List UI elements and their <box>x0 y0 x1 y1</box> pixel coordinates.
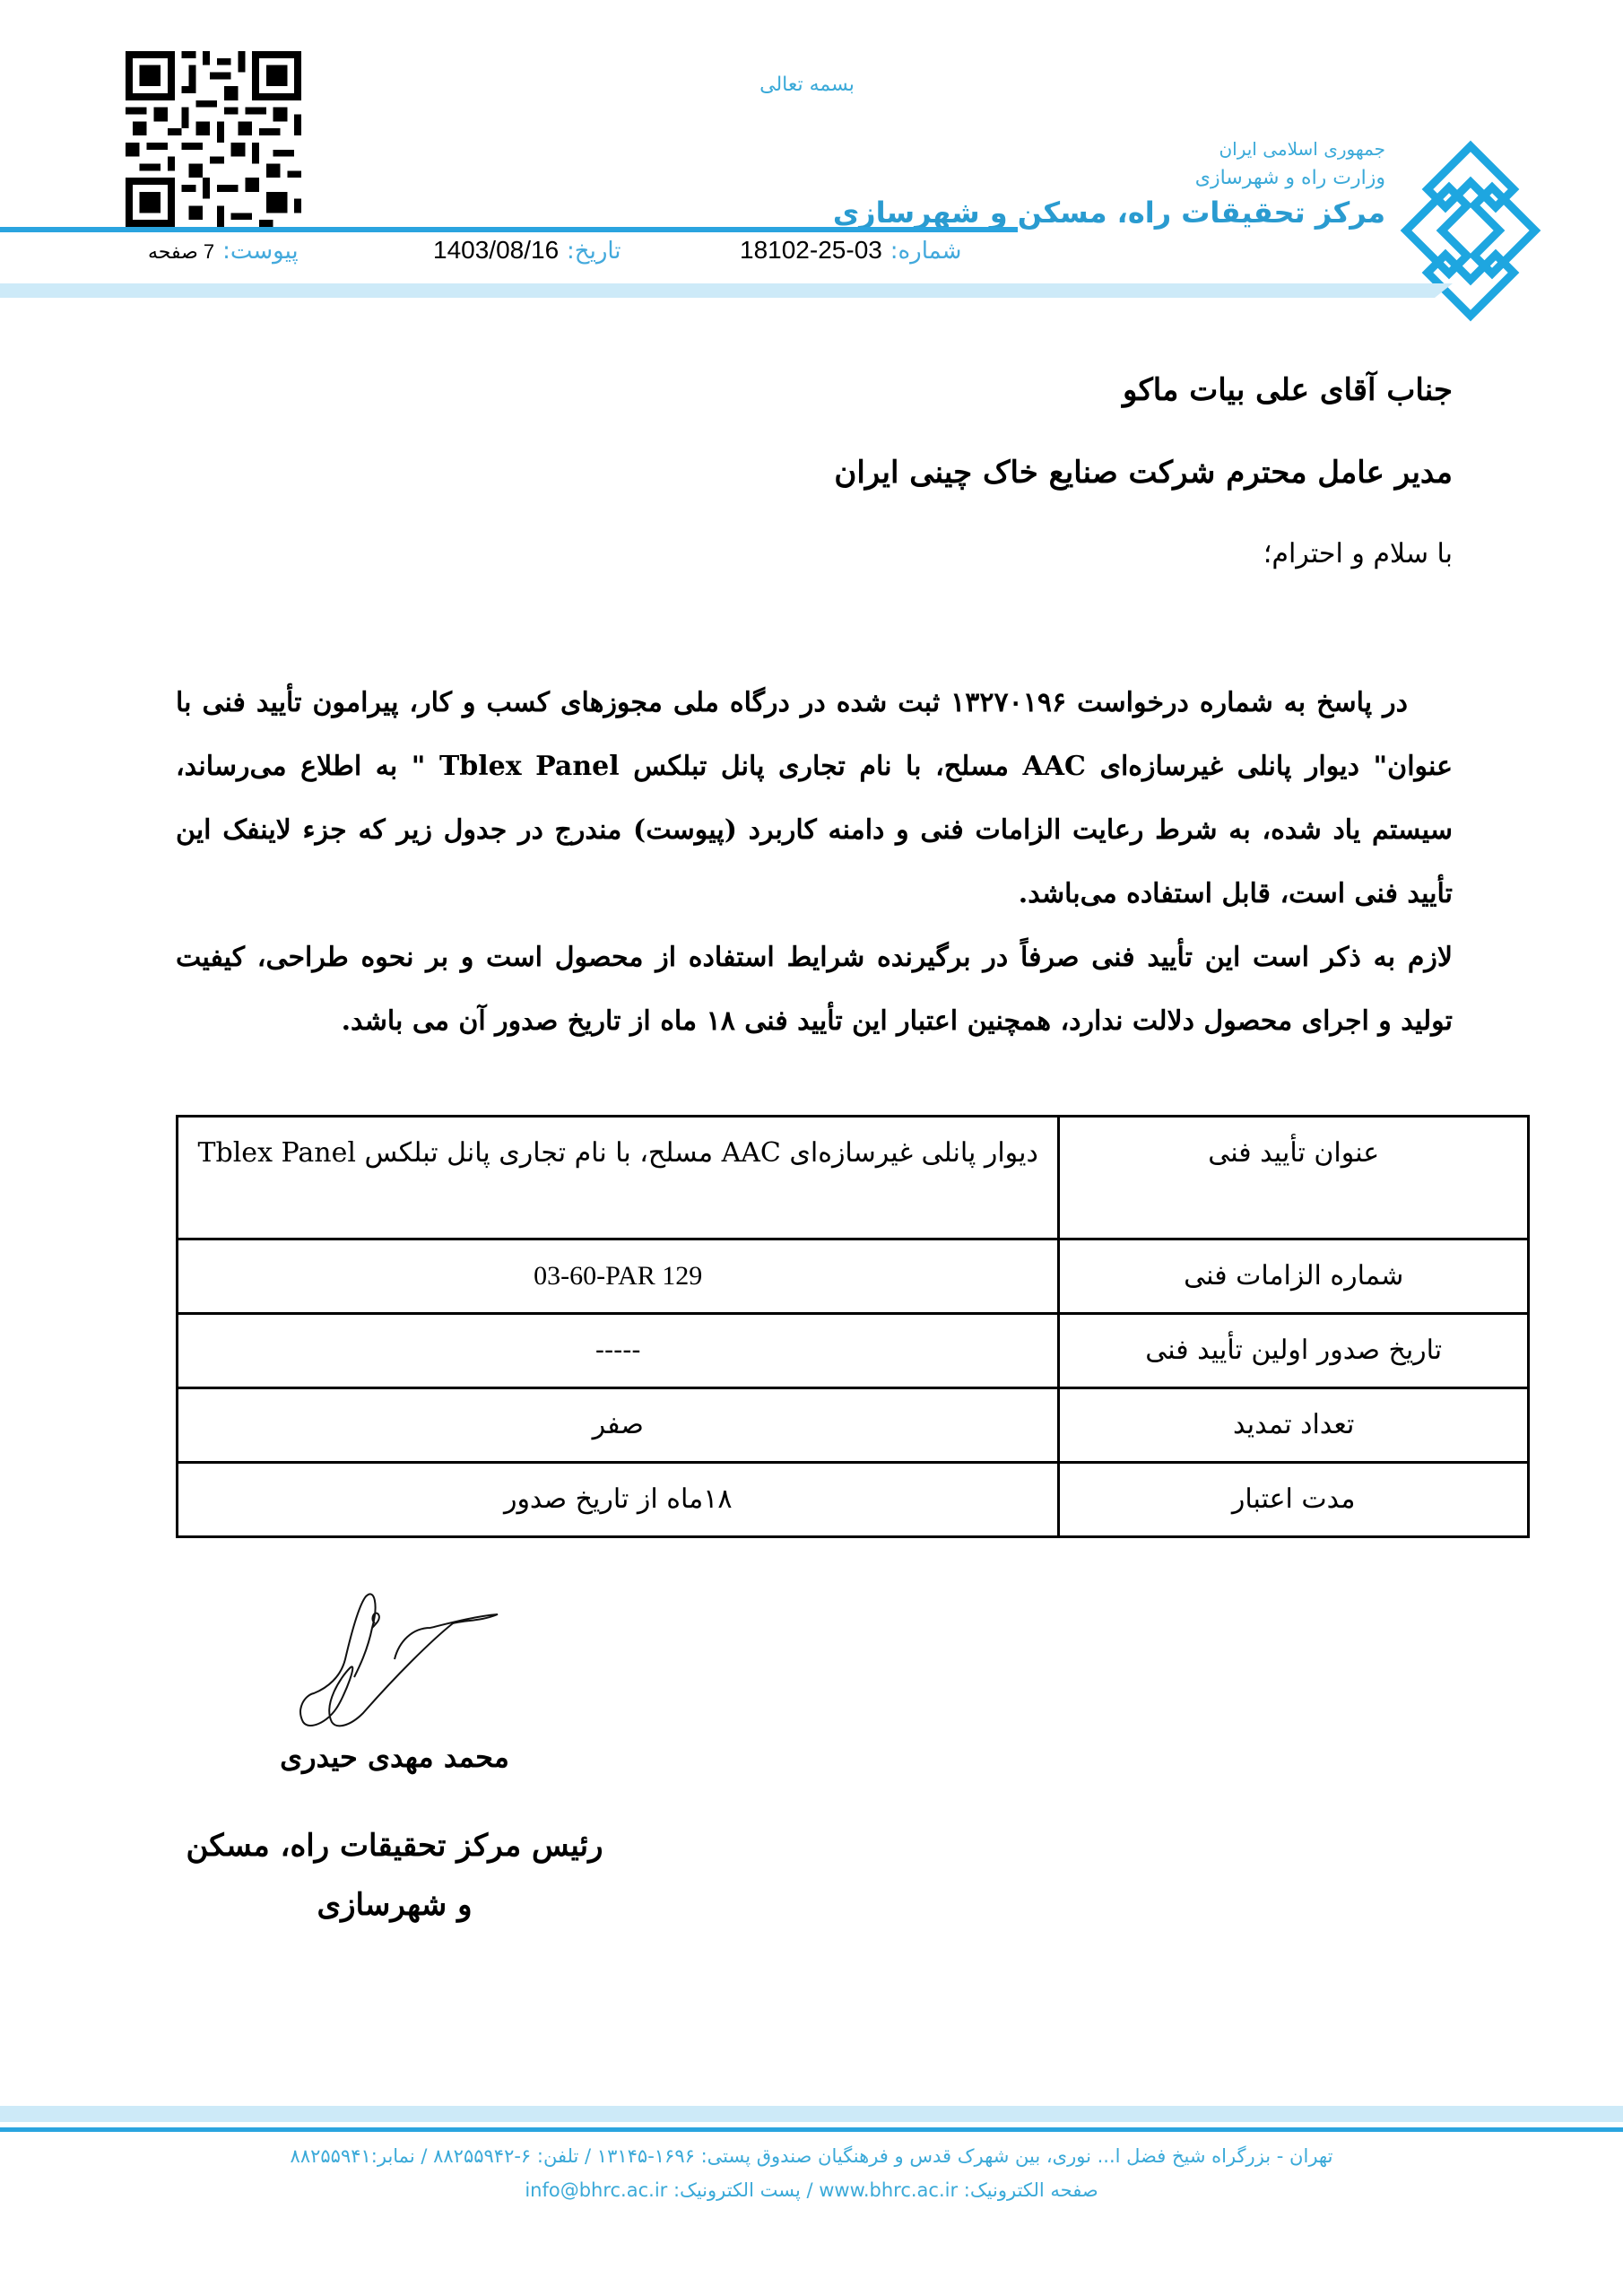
row-label: تعداد تمدید <box>1059 1388 1529 1463</box>
table-row: مدت اعتبار ۱۸ماه از تاریخ صدور <box>178 1463 1529 1537</box>
org-header: جمهوری اسلامی ایران وزارت راه و شهرسازی … <box>833 135 1385 231</box>
body-paragraph-1: در پاسخ به شماره درخواست ۱۳۲۷۰۱۹۶ ثبت شد… <box>176 671 1453 926</box>
row-value: ۱۸ماه از تاریخ صدور <box>178 1463 1059 1537</box>
letter-attachment-label: پیوست: <box>222 238 299 265</box>
letter-number-label: شماره: <box>890 238 962 265</box>
letter-date-value: 1403/08/16 <box>433 236 559 264</box>
footer-light-bar <box>0 2106 1623 2122</box>
footer-contact: تهران - بزرگراه شیخ فضل ا... نوری، بین ش… <box>179 2139 1444 2207</box>
footer-address: تهران - بزرگراه شیخ فضل ا... نوری، بین ش… <box>179 2139 1444 2173</box>
org-name: مرکز تحقیقات راه، مسکن و شهرسازی <box>833 194 1385 231</box>
row-label: شماره الزامات فنی <box>1059 1239 1529 1314</box>
table-row: تعداد تمدید صفر <box>178 1388 1529 1463</box>
signature-icon <box>296 1587 502 1731</box>
footer-divider-line <box>0 2127 1623 2132</box>
letter-attachment-value: 7 صفحه <box>148 240 214 263</box>
recipient-position: مدیر عامل محترم شرکت صنایع خاک چینی ایرا… <box>834 455 1453 537</box>
row-value: 03-60-PAR 129 <box>178 1239 1059 1314</box>
table-row: تاریخ صدور اولین تأیید فنی ----- <box>178 1314 1529 1388</box>
row-label: تاریخ صدور اولین تأیید فنی <box>1059 1314 1529 1388</box>
row-value: دیوار پانلی غیرسازه‌ای AAC مسلح، با نام … <box>178 1117 1059 1239</box>
body-paragraph-2: لازم به ذکر است این تأیید فنی صرفاً در ب… <box>176 926 1453 1053</box>
table-row: شماره الزامات فنی 03-60-PAR 129 <box>178 1239 1529 1314</box>
header-light-bar <box>0 283 1435 298</box>
product-name: دیوار پانلی غیرسازه‌ای AAC مسلح، با نام … <box>425 751 1373 782</box>
letter-number: شماره: 03-25-18102 <box>740 235 961 265</box>
recipient-name: جناب آقای علی بیات ماکو <box>834 372 1453 455</box>
table-row: عنوان تأیید فنی دیوار پانلی غیرسازه‌ای A… <box>178 1117 1529 1239</box>
row-value: صفر <box>178 1388 1059 1463</box>
footer-web[interactable]: صفحه الکترونیک: www.bhrc.ac.ir / پست الک… <box>179 2173 1444 2207</box>
signatory-title: رئیس مرکز تحقیقات راه، مسکن و شهرسازی <box>179 1816 610 1935</box>
signatory-name: محمد مهدی حیدری <box>206 1740 583 1774</box>
row-label: عنوان تأیید فنی <box>1059 1117 1529 1239</box>
letter-date: تاریخ: 1403/08/16 <box>433 235 621 265</box>
letter-body: در پاسخ به شماره درخواست ۱۳۲۷۰۱۹۶ ثبت شد… <box>176 671 1453 1053</box>
row-value: ----- <box>178 1314 1059 1388</box>
technical-approval-table: عنوان تأیید فنی دیوار پانلی غیرسازه‌ای A… <box>176 1115 1530 1538</box>
recipient-block: جناب آقای علی بیات ماکو مدیر عامل محترم … <box>834 372 1453 537</box>
org-ministry: وزارت راه و شهرسازی <box>833 163 1385 194</box>
letter-date-label: تاریخ: <box>567 238 621 265</box>
qr-code-icon <box>126 49 301 229</box>
row-label: مدت اعتبار <box>1059 1463 1529 1537</box>
letter-attachment: پیوست: 7 صفحه <box>148 235 299 265</box>
letter-number-value: 03-25-18102 <box>740 236 882 264</box>
header-divider-line <box>0 227 1018 232</box>
org-country: جمهوری اسلامی ایران <box>833 135 1385 163</box>
bismillah-heading: بسمه تعالی <box>717 74 897 96</box>
greeting: با سلام و احترام؛ <box>1263 538 1453 570</box>
